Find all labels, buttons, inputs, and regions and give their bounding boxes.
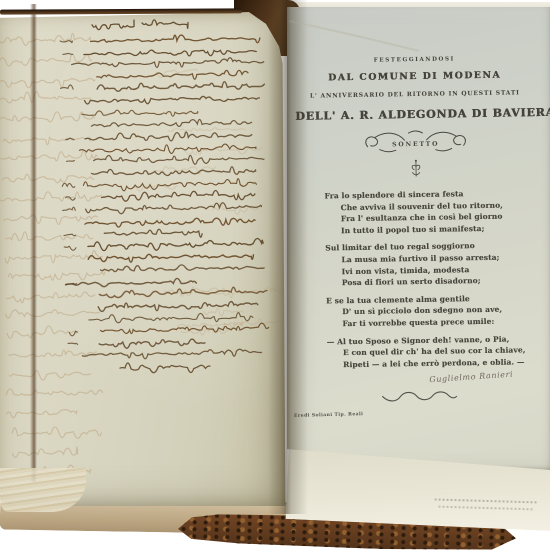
page-fold-line <box>30 4 37 482</box>
printed-text-block: FESTEGGIANDOSI DAL COMUNE DI MODENA L' A… <box>294 55 539 406</box>
poem-line: Far ti vorrebbe questa prece umile: <box>298 315 538 330</box>
manuscript-page <box>0 12 286 506</box>
poem-line: In tutto il popol tuo si manifesta; <box>297 222 537 237</box>
header-line-2: DAL COMUNE DI MODENA <box>295 69 535 84</box>
sonetto-cartouche-ornament: SONETTO <box>357 128 473 158</box>
printed-page: FESTEGGIANDOSI DAL COMUNE DI MODENA L' A… <box>287 7 550 470</box>
printer-imprint: Eredi Soliani Tip. Reali <box>294 412 363 419</box>
tailpiece-ornament <box>377 388 461 405</box>
header-line-3: L' ANNIVERSARIO DEL RITORNO IN QUESTI ST… <box>295 89 535 100</box>
manuscript-handwriting <box>0 12 286 506</box>
section-label: SONETTO <box>392 141 439 149</box>
book-photo: FESTEGGIANDOSI DAL COMUNE DI MODENA L' A… <box>0 0 550 550</box>
header-title: DELL' A. R. ALDEGONDA DI BAVIERA <box>295 106 535 123</box>
fleuron-ornament <box>408 158 424 178</box>
small-print-line <box>435 499 537 504</box>
poem-line: Ripeti — a lei che errò perdona, e oblia… <box>299 356 539 371</box>
sonnet-text: Fra lo splendore di sincera festaChe avv… <box>296 187 539 371</box>
small-print-line <box>438 506 534 511</box>
poem-line: Posa di fiori un serto disadorno; <box>298 274 538 289</box>
